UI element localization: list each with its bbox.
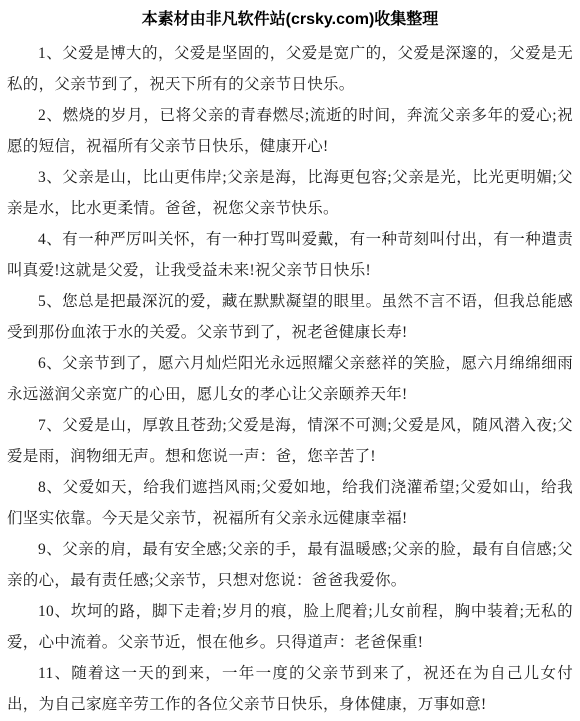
- paragraph-1: 1、父爱是博大的，父爱是坚固的，父爱是宽广的，父爱是深邃的，父爱是无私的，父亲节…: [7, 38, 573, 100]
- page-title: 本素材由非凡软件站(crsky.com)收集整理: [7, 9, 573, 30]
- paragraph-3: 3、父亲是山，比山更伟岸;父亲是海，比海更包容;父亲是光，比光更明媚;父亲是水，…: [7, 162, 573, 224]
- paragraph-2: 2、燃烧的岁月，已将父亲的青春燃尽;流逝的时间，奔流父亲多年的爱心;祝愿的短信，…: [7, 100, 573, 162]
- paragraph-11: 11、随着这一天的到来，一年一度的父亲节到来了，祝还在为自己儿女付出，为自己家庭…: [7, 658, 573, 720]
- paragraph-5: 5、您总是把最深沉的爱，藏在默默凝望的眼里。虽然不言不语，但我总能感受到那份血浓…: [7, 286, 573, 348]
- paragraph-4: 4、有一种严厉叫关怀，有一种打骂叫爱戴，有一种苛刻叫付出，有一种遣责叫真爱!这就…: [7, 224, 573, 286]
- paragraph-6: 6、父亲节到了，愿六月灿烂阳光永远照耀父亲慈祥的笑脸，愿六月绵绵细雨永远滋润父亲…: [7, 348, 573, 410]
- paragraph-8: 8、父爱如天，给我们遮挡风雨;父爱如地，给我们浇灌希望;父爱如山，给我们坚实依靠…: [7, 472, 573, 534]
- paragraph-9: 9、父亲的肩，最有安全感;父亲的手，最有温暖感;父亲的脸，最有自信感;父亲的心，…: [7, 534, 573, 596]
- document-page: 本素材由非凡软件站(crsky.com)收集整理 1、父爱是博大的，父爱是坚固的…: [0, 0, 580, 721]
- paragraph-10: 10、坎坷的路，脚下走着;岁月的痕，脸上爬着;儿女前程，胸中装着;无私的爱，心中…: [7, 596, 573, 658]
- paragraph-7: 7、父爱是山，厚敦且苍劲;父爱是海，情深不可测;父爱是风，随风潜入夜;父爱是雨，…: [7, 410, 573, 472]
